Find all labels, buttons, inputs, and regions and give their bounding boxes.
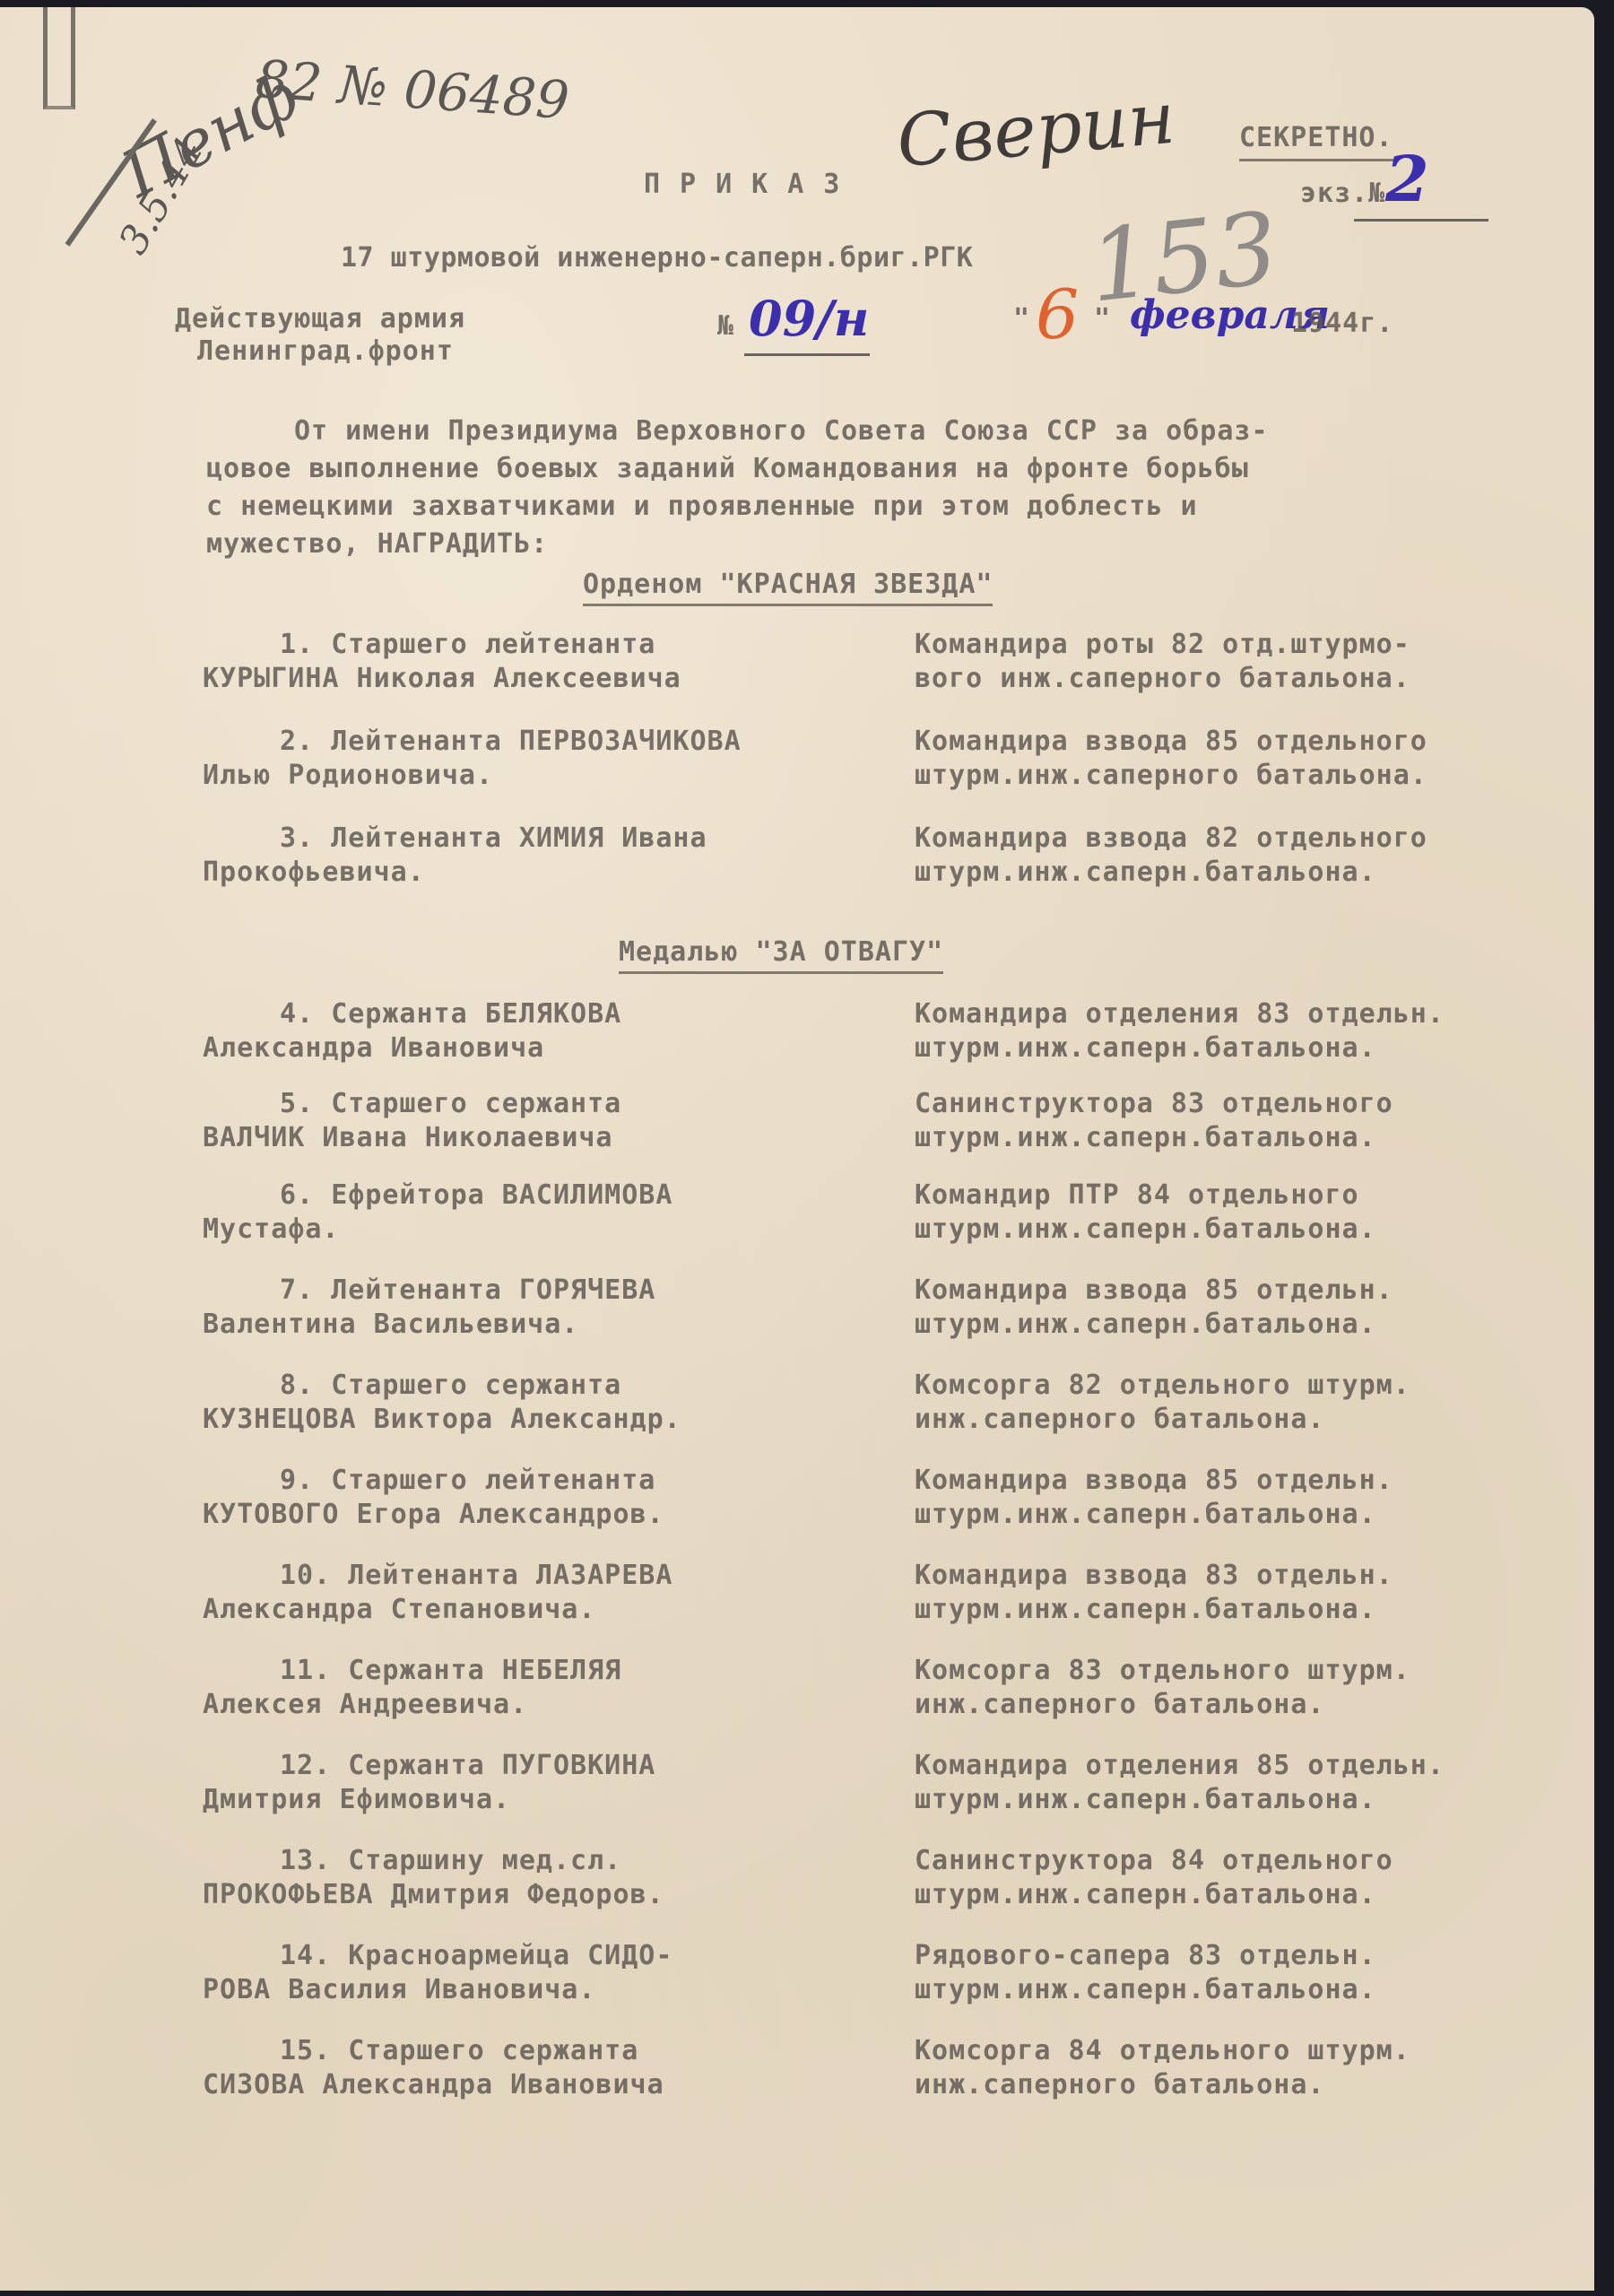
position-line-2: штурм.инж.саперн.батальона.: [915, 1308, 1596, 1342]
position-line-1: Рядового-сапера 83 отдельн.: [915, 1939, 1596, 1973]
entry-number: 11.: [280, 1655, 331, 1686]
recipient-name: РОВА Василия Ивановича.: [203, 1973, 906, 2007]
preamble-line: От имени Президиума Верховного Совета Со…: [206, 413, 1269, 450]
position-line-1: Командира отделения 83 отдельн.: [915, 997, 1596, 1031]
position-line-1: Командира взвода 82 отдельного: [915, 822, 1596, 856]
award-entry-position: Комсорга 84 отдельного штурм.инж.саперно…: [915, 2034, 1596, 2102]
award-entry-position: Командир ПТР 84 отдельногоштурм.инж.сапе…: [915, 1178, 1596, 1247]
recipient-name: СИЗОВА Александра Ивановича: [203, 2068, 906, 2102]
recipient-rank-line: 9. Старшего лейтенанта: [206, 1464, 906, 1498]
entry-number: 13.: [280, 1845, 331, 1876]
entry-number: 4.: [280, 998, 314, 1030]
recipient-rank: Красноармейца СИДО-: [348, 1940, 672, 1971]
position-line-2: штурм.инж.саперн.батальона.: [915, 1213, 1596, 1247]
recipient-rank-line: 5. Старшего сержанта: [206, 1087, 906, 1121]
recipient-rank-line: 10. Лейтенанта ЛАЗАРЕВА: [206, 1559, 906, 1593]
position-line-2: инж.саперного батальона.: [915, 1403, 1596, 1437]
position-line-2: инж.саперного батальона.: [915, 2068, 1596, 2102]
award-entry-recipient: 4. Сержанта БЕЛЯКОВААлександра Ивановича: [206, 997, 906, 1065]
position-line-1: Командира отделения 85 отдельн.: [915, 1749, 1596, 1783]
award-entry-recipient: 13. Старшину мед.сл.ПРОКОФЬЕВА Дмитрия Ф…: [206, 1844, 906, 1912]
preamble-line: мужество, НАГРАДИТЬ:: [206, 526, 1269, 563]
preamble-line: цовое выполнение боевых заданий Командов…: [206, 450, 1269, 488]
entry-number: 3.: [280, 822, 314, 854]
position-line-2: штурм.инж.саперн.батальона.: [915, 1593, 1596, 1627]
recipient-rank: Лейтенанта ГОРЯЧЕВА: [331, 1274, 655, 1306]
section-heading-bravery-medal: Медалью "ЗА ОТВАГУ": [619, 936, 943, 974]
position-line-1: Командира роты 82 отд.штурмо-: [915, 628, 1596, 662]
award-entry-position: Рядового-сапера 83 отдельн.штурм.инж.сап…: [915, 1939, 1596, 2007]
entry-number: 7.: [280, 1274, 314, 1306]
preamble-line: с немецкими захватчиками и проявленные п…: [206, 488, 1269, 526]
recipient-rank-line: 12. Сержанта ПУГОВКИНА: [206, 1749, 906, 1783]
entry-number: 5.: [280, 1088, 314, 1119]
entry-number: 15.: [280, 2035, 331, 2066]
recipient-rank: Старшего сержанта: [331, 1088, 621, 1119]
recipient-rank-line: 6. Ефрейтора ВАСИЛИМОВА: [206, 1178, 906, 1213]
recipient-rank: Лейтенанта ХИМИЯ Ивана: [331, 822, 707, 854]
award-entry-recipient: 12. Сержанта ПУГОВКИНАДмитрия Ефимовича.: [206, 1749, 906, 1817]
recipient-rank-line: 4. Сержанта БЕЛЯКОВА: [206, 997, 906, 1031]
award-entry-recipient: 14. Красноармейца СИДО-РОВА Василия Иван…: [206, 1939, 906, 2007]
recipient-name: Прокофьевича.: [203, 856, 906, 890]
recipient-rank: Лейтенанта ПЕРВОЗАЧИКОВА: [331, 726, 741, 757]
award-entry-position: Комсорга 83 отдельного штурм.инж.саперно…: [915, 1654, 1596, 1722]
position-line-1: Санинструктора 83 отдельного: [915, 1087, 1596, 1121]
position-line-2: штурм.инж.саперн.батальона.: [915, 1878, 1596, 1912]
position-line-1: Комсорга 83 отдельного штурм.: [915, 1654, 1596, 1688]
award-entry-position: Санинструктора 83 отдельногоштурм.инж.са…: [915, 1087, 1596, 1155]
award-entry-position: Санинструктора 84 отдельногоштурм.инж.са…: [915, 1844, 1596, 1912]
award-entry-recipient: 6. Ефрейтора ВАСИЛИМОВАМустафа.: [206, 1178, 906, 1247]
recipient-rank: Сержанта НЕБЕЛЯЯ: [348, 1655, 621, 1686]
award-entry-position: Командира взвода 85 отдельногоштурм.инж.…: [915, 725, 1596, 793]
award-entry-position: Командира взвода 83 отдельн.штурм.инж.са…: [915, 1559, 1596, 1627]
recipient-name: ВАЛЧИК Ивана Николаевича: [203, 1121, 906, 1155]
issuing-unit: 17 штурмовой инженерно-саперн.бриг.РГК: [341, 242, 973, 274]
recipient-name: Александра Степановича.: [203, 1593, 906, 1627]
award-entry-position: Командира взвода 85 отдельн.штурм.инж.са…: [915, 1464, 1596, 1532]
recipient-name: Алексея Андреевича.: [203, 1688, 906, 1722]
recipient-rank-line: 8. Старшего сержанта: [206, 1369, 906, 1403]
order-number-prefix: №: [717, 310, 734, 342]
position-line-2: штурм.инж.саперн.батальона.: [915, 1973, 1596, 2007]
recipient-rank: Старшего сержанта: [348, 2035, 638, 2066]
position-line-1: Командира взвода 85 отдельн.: [915, 1464, 1596, 1498]
position-line-1: Командир ПТР 84 отдельного: [915, 1178, 1596, 1213]
entry-number: 10.: [280, 1560, 331, 1591]
entry-number: 6.: [280, 1179, 314, 1211]
position-line-2: штурм.инж.саперн.батальона.: [915, 1498, 1596, 1532]
recipient-name: КУЗНЕЦОВА Виктора Александр.: [203, 1403, 906, 1437]
recipient-rank-line: 1. Старшего лейтенанта: [206, 628, 906, 662]
award-entry-position: Командира взвода 85 отдельн.штурм.инж.са…: [915, 1274, 1596, 1342]
recipient-name: Александра Ивановича: [203, 1031, 906, 1065]
award-entry-recipient: 10. Лейтенанта ЛАЗАРЕВААлександра Степан…: [206, 1559, 906, 1627]
recipient-name: Дмитрия Ефимовича.: [203, 1783, 906, 1817]
recipient-rank-line: 2. Лейтенанта ПЕРВОЗАЧИКОВА: [206, 725, 906, 759]
award-entry-position: Командира взвода 82 отдельногоштурм.инж.…: [915, 822, 1596, 890]
recipient-rank: Старшину мед.сл.: [348, 1845, 621, 1876]
secrecy-label: СЕКРЕТНО.: [1239, 122, 1393, 161]
position-line-2: штурм.инж.саперн.батальона.: [915, 856, 1596, 890]
recipient-name: КУРЫГИНА Николая Алексеевича: [203, 662, 906, 696]
position-line-1: Командира взвода 85 отдельн.: [915, 1274, 1596, 1308]
entry-number: 2.: [280, 726, 314, 757]
position-line-1: Командира взвода 85 отдельного: [915, 725, 1596, 759]
signature: Сверин: [894, 76, 1178, 184]
position-line-2: инж.саперного батальона.: [915, 1688, 1596, 1722]
award-entry-position: Комсорга 82 отдельного штурм.инж.саперно…: [915, 1369, 1596, 1437]
position-line-2: штурм.инж.саперн.батальона.: [915, 1121, 1596, 1155]
order-year: 1944г.: [1291, 308, 1393, 339]
recipient-rank: Старшего лейтенанта: [331, 1465, 655, 1496]
award-entry-position: Командира отделения 83 отдельн.штурм.инж…: [915, 997, 1596, 1065]
award-entry-recipient: 3. Лейтенанта ХИМИЯ ИванаПрокофьевича.: [206, 822, 906, 890]
award-entry-recipient: 1. Старшего лейтенантаКУРЫГИНА Николая А…: [206, 628, 906, 696]
award-entry-position: Командира роты 82 отд.штурмо-вого инж.са…: [915, 628, 1596, 696]
copy-number: 2: [1385, 142, 1429, 216]
award-entry-position: Командира отделения 85 отдельн.штурм.инж…: [915, 1749, 1596, 1817]
award-entry-recipient: 15. Старшего сержантаСИЗОВА Александра И…: [206, 2034, 906, 2102]
document-title: ПРИКАЗ: [644, 169, 859, 200]
recipient-name: КУТОВОГО Егора Александров.: [203, 1498, 906, 1532]
entry-number: 8.: [280, 1370, 314, 1401]
position-line-1: Комсорга 84 отдельного штурм.: [915, 2034, 1596, 2068]
copy-number-underline: [1354, 219, 1488, 222]
position-line-1: Комсорга 82 отдельного штурм.: [915, 1369, 1596, 1403]
staple-mark: [43, 7, 75, 109]
order-number-underline: [744, 353, 870, 356]
section-heading-red-star: Орденом "КРАСНАЯ ЗВЕЗДА": [583, 569, 993, 606]
award-entry-recipient: 5. Старшего сержантаВАЛЧИК Ивана Николае…: [206, 1087, 906, 1155]
copy-label: экз.№: [1300, 178, 1385, 209]
order-day: 6: [1036, 274, 1079, 354]
date-close-quote: ": [1094, 303, 1111, 335]
position-line-2: штурм.инж.саперн.батальона.: [915, 1031, 1596, 1065]
award-entry-recipient: 7. Лейтенанта ГОРЯЧЕВАВалентина Васильев…: [206, 1274, 906, 1342]
recipient-name: Валентина Васильевича.: [203, 1308, 906, 1342]
recipient-rank-line: 11. Сержанта НЕБЕЛЯЯ: [206, 1654, 906, 1688]
award-entry-recipient: 9. Старшего лейтенантаКУТОВОГО Егора Але…: [206, 1464, 906, 1532]
recipient-rank-line: 3. Лейтенанта ХИМИЯ Ивана: [206, 822, 906, 856]
recipient-rank: Лейтенанта ЛАЗАРЕВА: [348, 1560, 672, 1591]
position-line-1: Командира взвода 83 отдельн.: [915, 1559, 1596, 1593]
recipient-rank: Старшего сержанта: [331, 1370, 621, 1401]
position-line-2: штурм.инж.саперного батальона.: [915, 759, 1596, 793]
position-line-2: вого инж.саперного батальона.: [915, 662, 1596, 696]
position-line-1: Санинструктора 84 отдельного: [915, 1844, 1596, 1878]
document-page: Пенф 3.5.44 82 № 06489 Сверин 153 СЕКРЕТ…: [0, 7, 1594, 2291]
award-entry-recipient: 2. Лейтенанта ПЕРВОЗАЧИКОВАИлью Родионов…: [206, 725, 906, 793]
recipient-name: Илью Родионовича.: [203, 759, 906, 793]
award-entry-recipient: 8. Старшего сержантаКУЗНЕЦОВА Виктора Ал…: [206, 1369, 906, 1437]
recipient-rank-line: 15. Старшего сержанта: [206, 2034, 906, 2068]
date-open-quote: ": [1013, 303, 1030, 335]
entry-number: 9.: [280, 1465, 314, 1496]
entry-number: 12.: [280, 1750, 331, 1781]
recipient-rank: Старшего лейтенанта: [331, 629, 655, 660]
recipient-rank-line: 13. Старшину мед.сл.: [206, 1844, 906, 1878]
recipient-rank: Сержанта ПУГОВКИНА: [348, 1750, 655, 1781]
entry-number: 1.: [280, 629, 314, 660]
recipient-name: Мустафа.: [203, 1213, 906, 1247]
recipient-name: ПРОКОФЬЕВА Дмитрия Федоров.: [203, 1878, 906, 1912]
order-number: 09/н: [749, 290, 869, 347]
preamble: От имени Президиума Верховного Совета Со…: [206, 413, 1269, 563]
army-label: Действующая армия: [175, 303, 465, 335]
recipient-rank-line: 14. Красноармейца СИДО-: [206, 1939, 906, 1973]
position-line-2: штурм.инж.саперн.батальона.: [915, 1783, 1596, 1817]
award-entry-recipient: 11. Сержанта НЕБЕЛЯЯАлексея Андреевича.: [206, 1654, 906, 1722]
recipient-rank: Ефрейтора ВАСИЛИМОВА: [331, 1179, 672, 1211]
entry-number: 14.: [280, 1940, 331, 1971]
front-label: Ленинград.фронт: [197, 335, 454, 367]
recipient-rank: Сержанта БЕЛЯКОВА: [331, 998, 621, 1030]
recipient-rank-line: 7. Лейтенанта ГОРЯЧЕВА: [206, 1274, 906, 1308]
